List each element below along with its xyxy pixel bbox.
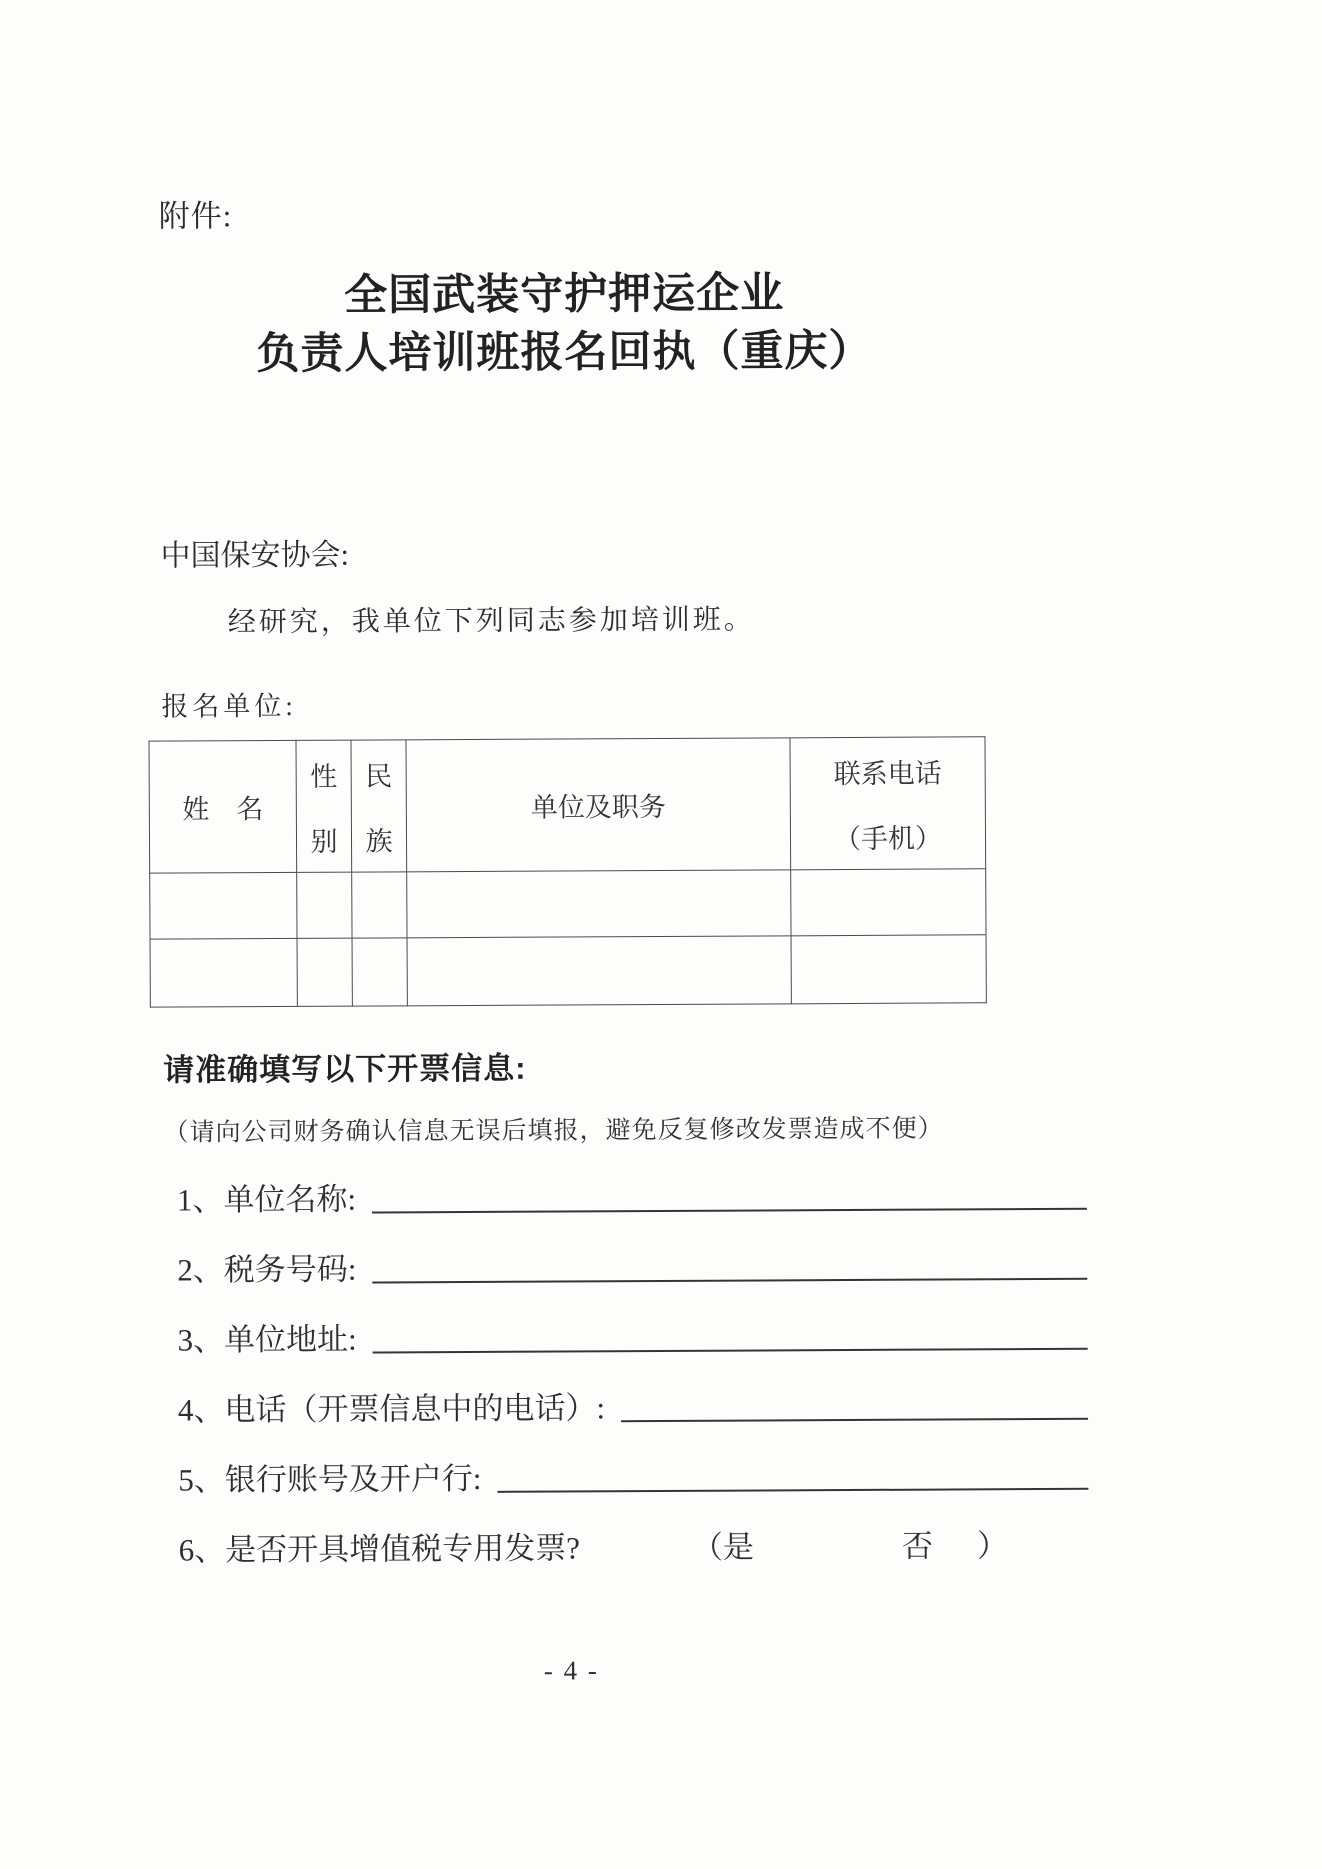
invoice-item-tax-number-label: 2、税务号码: <box>177 1248 356 1293</box>
cell-unit-position-row2 <box>407 936 791 1006</box>
invoice-items-list: 1、单位名称: 2、税务号码: 3、单位地址: 4、电话（开票信息中的电话）: … <box>177 1148 1089 1573</box>
vat-option-yes: 是 <box>723 1526 754 1570</box>
col-header-phone-line1: 联系电话 <box>834 751 942 791</box>
vat-option-paren-open: （ <box>692 1526 723 1570</box>
invoice-section-heading: 请准确填写以下开票信息: <box>163 1043 527 1090</box>
cell-phone-row2 <box>791 935 986 1004</box>
intro-sentence: 经研究，我单位下列同志参加培训班。 <box>228 598 755 641</box>
scanned-document-page: 附件: 全国武装守护押运企业 负责人培训班报名回执（重庆） 中国保安协会: 经研… <box>0 0 1322 1869</box>
document-title-line2: 负责人培训班报名回执（重庆） <box>146 322 982 384</box>
table-row <box>150 935 986 1007</box>
invoice-item-vat-invoice-label: 6、是否开具增值税专用发票? <box>179 1526 580 1572</box>
col-header-gender: 性 别 <box>296 740 352 872</box>
document-content: 附件: 全国武装守护押运企业 负责人培训班报名回执（重庆） 中国保安协会: 经研… <box>0 0 1322 1869</box>
cell-ethnicity-row1 <box>352 872 407 938</box>
cell-phone-row1 <box>791 869 986 936</box>
invoice-item-tax-number: 2、税务号码: <box>177 1218 1087 1293</box>
vat-option-no: 否 <box>902 1525 933 1569</box>
col-header-ethnicity: 民 族 <box>351 740 407 872</box>
col-header-ethnicity-char1: 民 <box>365 754 392 793</box>
vat-option-paren-close: ） <box>977 1524 1008 1568</box>
phone-blank-line <box>621 1382 1088 1422</box>
col-header-unit-position: 单位及职务 <box>406 738 791 872</box>
col-header-gender-char2: 别 <box>310 819 337 858</box>
invoice-item-unit-name: 1、单位名称: <box>177 1148 1087 1223</box>
invoice-item-phone: 4、电话（开票信息中的电话）: <box>178 1358 1088 1433</box>
invoice-item-unit-name-label: 1、单位名称: <box>177 1178 356 1223</box>
salutation: 中国保安协会: <box>160 530 349 575</box>
attachment-label: 附件: <box>159 190 233 235</box>
invoice-item-bank-account: 5、银行账号及开户行: <box>178 1428 1088 1503</box>
unit-address-blank-line <box>373 1312 1088 1354</box>
cell-name-row1 <box>150 872 297 939</box>
col-header-name: 姓 名 <box>149 740 297 873</box>
page-number: - 4 - <box>153 1653 989 1688</box>
invoice-item-vat-invoice: 6、是否开具增值税专用发票? （ 是 否 ） <box>178 1498 1088 1573</box>
document-title: 全国武装守护押运企业 负责人培训班报名回执（重庆） <box>146 264 983 384</box>
cell-unit-position-row1 <box>407 870 791 938</box>
registration-unit-label: 报名单位: <box>161 684 297 724</box>
col-header-phone: 联系电话 （手机） <box>790 737 986 870</box>
cell-name-row2 <box>150 938 297 1007</box>
document-title-line1: 全国武装守护押运企业 <box>146 264 982 326</box>
registration-table: 姓 名 性 别 民 族 单位 <box>148 736 986 1007</box>
cell-gender-row1 <box>297 872 352 938</box>
invoice-item-phone-label: 4、电话（开票信息中的电话）: <box>178 1386 605 1432</box>
invoice-item-unit-address: 3、单位地址: <box>177 1288 1087 1363</box>
table-row <box>150 869 986 939</box>
unit-name-blank-line <box>372 1172 1087 1214</box>
col-header-name-label: 姓 名 <box>182 794 263 824</box>
col-header-gender-char1: 性 <box>310 754 337 793</box>
col-header-unit-position-label: 单位及职务 <box>531 792 666 823</box>
invoice-note: （请向公司财务确认信息无误后填报，避免反复修改发票造成不便） <box>163 1109 943 1149</box>
col-header-ethnicity-char2: 族 <box>365 819 392 858</box>
cell-ethnicity-row2 <box>352 938 407 1006</box>
cell-gender-row2 <box>297 938 352 1006</box>
col-header-phone-line2: （手机） <box>834 816 942 856</box>
invoice-item-bank-account-label: 5、银行账号及开户行: <box>178 1457 481 1503</box>
tax-number-blank-line <box>372 1242 1087 1284</box>
table-header-row: 姓 名 性 别 民 族 单位 <box>149 737 986 873</box>
invoice-item-unit-address-label: 3、单位地址: <box>178 1318 357 1363</box>
bank-account-blank-line <box>497 1452 1088 1493</box>
